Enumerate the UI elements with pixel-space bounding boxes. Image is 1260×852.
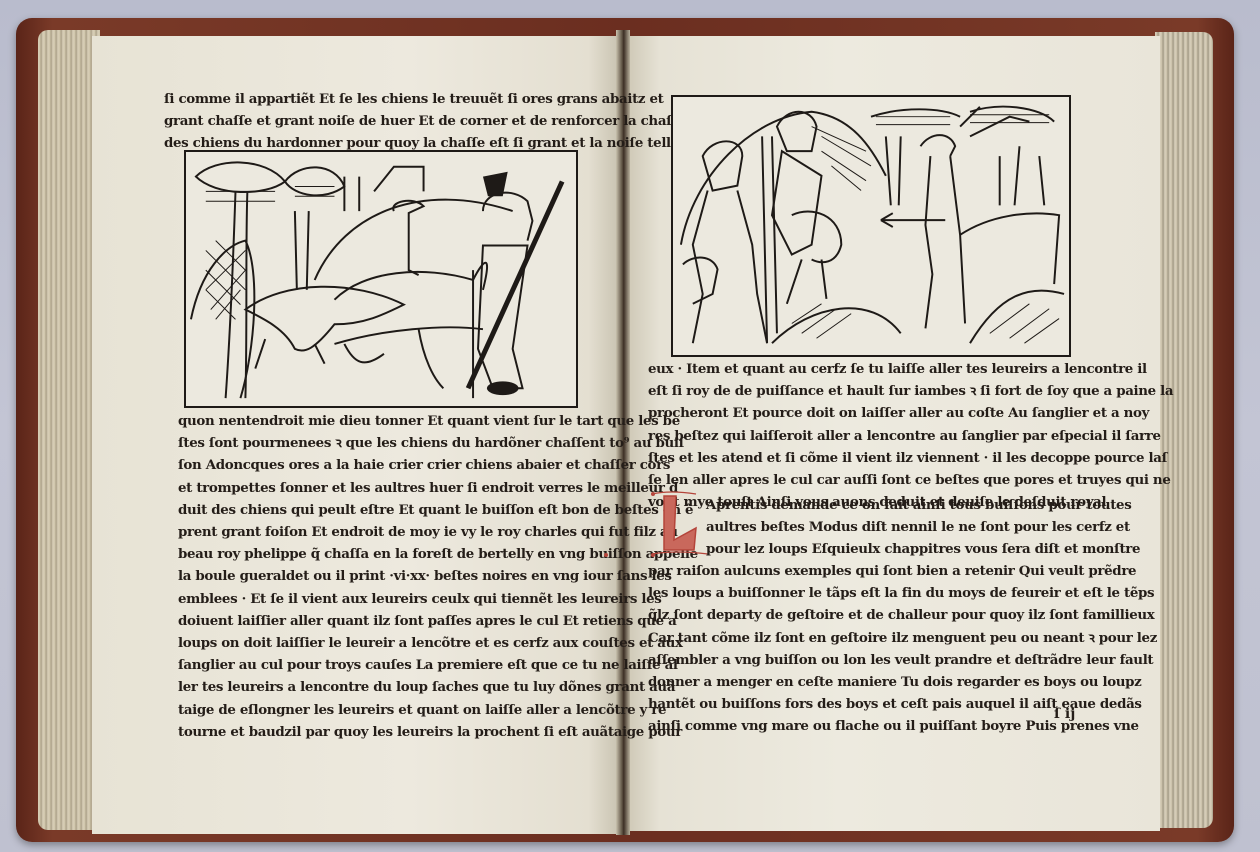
rubric-dot [604, 553, 608, 557]
left-page-edges [38, 30, 100, 830]
text-line: procheront Et pource doit on laiſſer all… [648, 402, 1088, 424]
text-line: ſanglier au cul pour troys cauſes La pre… [178, 654, 592, 676]
text-line: grant chaſſe et grant noiſe de huer Et d… [164, 110, 592, 132]
woodcut-stag-hunt [671, 95, 1071, 357]
rubricated-initial-L [650, 488, 710, 560]
right-page-text-bottom: par raiſon aulcuns exemples qui ſont bie… [648, 560, 1088, 738]
text-line: ler tes leureirs a lencontre du loup ſac… [178, 676, 592, 698]
text-line: ſon Adoncques ores a la haie crier crier… [178, 454, 592, 476]
text-line: donner a menger en ceſte maniere Tu dois… [648, 671, 1088, 693]
text-line: res beſtez qui laiſſeroit aller a lencon… [648, 425, 1088, 447]
text-line: taige de eſlongner les leureirs et quant… [178, 699, 592, 721]
signature-mark: ſ ij [1054, 706, 1075, 722]
text-line: eux · Item et quant au cerfz ſe tu laiſſ… [648, 358, 1088, 380]
boar-hunt-illustration-icon [186, 152, 576, 406]
stag-hunt-illustration-icon [673, 97, 1069, 355]
initial-letter-L-icon [650, 488, 710, 560]
text-line: Aprentis demande ce on fait ainſi tous b… [706, 494, 1088, 516]
text-line: ſtes et les atend et ſi cõme il vient il… [648, 447, 1088, 469]
text-line: loups on doit laiſſier le leureir a lenc… [178, 632, 592, 654]
text-line: pour lez loups Eſquieulx chappitres vous… [706, 538, 1088, 560]
text-line: aſſembler a vng buiſſon ou lon les veult… [648, 649, 1088, 671]
text-line: ſi comme il appartiẽt Et ſe les chiens l… [164, 88, 592, 110]
text-line: doiuent laiſſier aller quant ilz ſont pa… [178, 610, 592, 632]
text-line: beau roy phelippe q̃ chaſſa en la foreſt… [178, 543, 592, 565]
text-line: ſe len aller apres le cul car auſſi ſont… [648, 469, 1088, 491]
text-line: emblees · Et ſe il vient aux leureirs ce… [178, 588, 592, 610]
woodcut-boar-hunt [184, 150, 578, 408]
text-line: par raiſon aulcuns exemples qui ſont bie… [648, 560, 1088, 582]
text-line: prent grant foiſon Et endroit de moy ie … [178, 521, 592, 543]
right-page-text-mid: Aprentis demande ce on fait ainſi tous b… [706, 494, 1088, 561]
left-page-text-bottom: quon nentendroit mie dieu tonner Et quan… [178, 410, 592, 743]
left-page-text-top: ſi comme il appartiẽt Et ſe les chiens l… [164, 88, 592, 155]
right-page-edges [1155, 32, 1213, 828]
text-line: les loups a buiſſonner le tãps eſt la fi… [648, 582, 1088, 604]
text-line: Car tant cõme ilz ſont en geſtoire ilz m… [648, 627, 1088, 649]
text-line: et trompettes ſonner et les aultres huer… [178, 477, 592, 499]
text-line: q̃lz ſont departy de geſtoire et de chal… [648, 604, 1088, 626]
text-line: aultres beſtes Modus diſt nennil le ne ſ… [706, 516, 1088, 538]
text-line: tourne et baudzil par quoy les leureirs … [178, 721, 592, 743]
text-line: ſtes ſont pourmenees ꝛ que les chiens du… [178, 432, 592, 454]
text-line: eſt ſi roy de de puiſſance et hault ſur … [648, 380, 1088, 402]
text-line: duit des chiens qui peult eſtre Et quant… [178, 499, 592, 521]
text-line: ainſi comme vng mare ou flache ou il pui… [648, 715, 1088, 737]
text-line: la boule gueraldet ou il print ·vi·xx· b… [178, 565, 592, 587]
text-line: hantẽt ou buiſſons fors des boys et ceſt… [648, 693, 1088, 715]
right-page-text-top: eux · Item et quant au cerfz ſe tu laiſſ… [648, 358, 1088, 513]
text-line: quon nentendroit mie dieu tonner Et quan… [178, 410, 592, 432]
